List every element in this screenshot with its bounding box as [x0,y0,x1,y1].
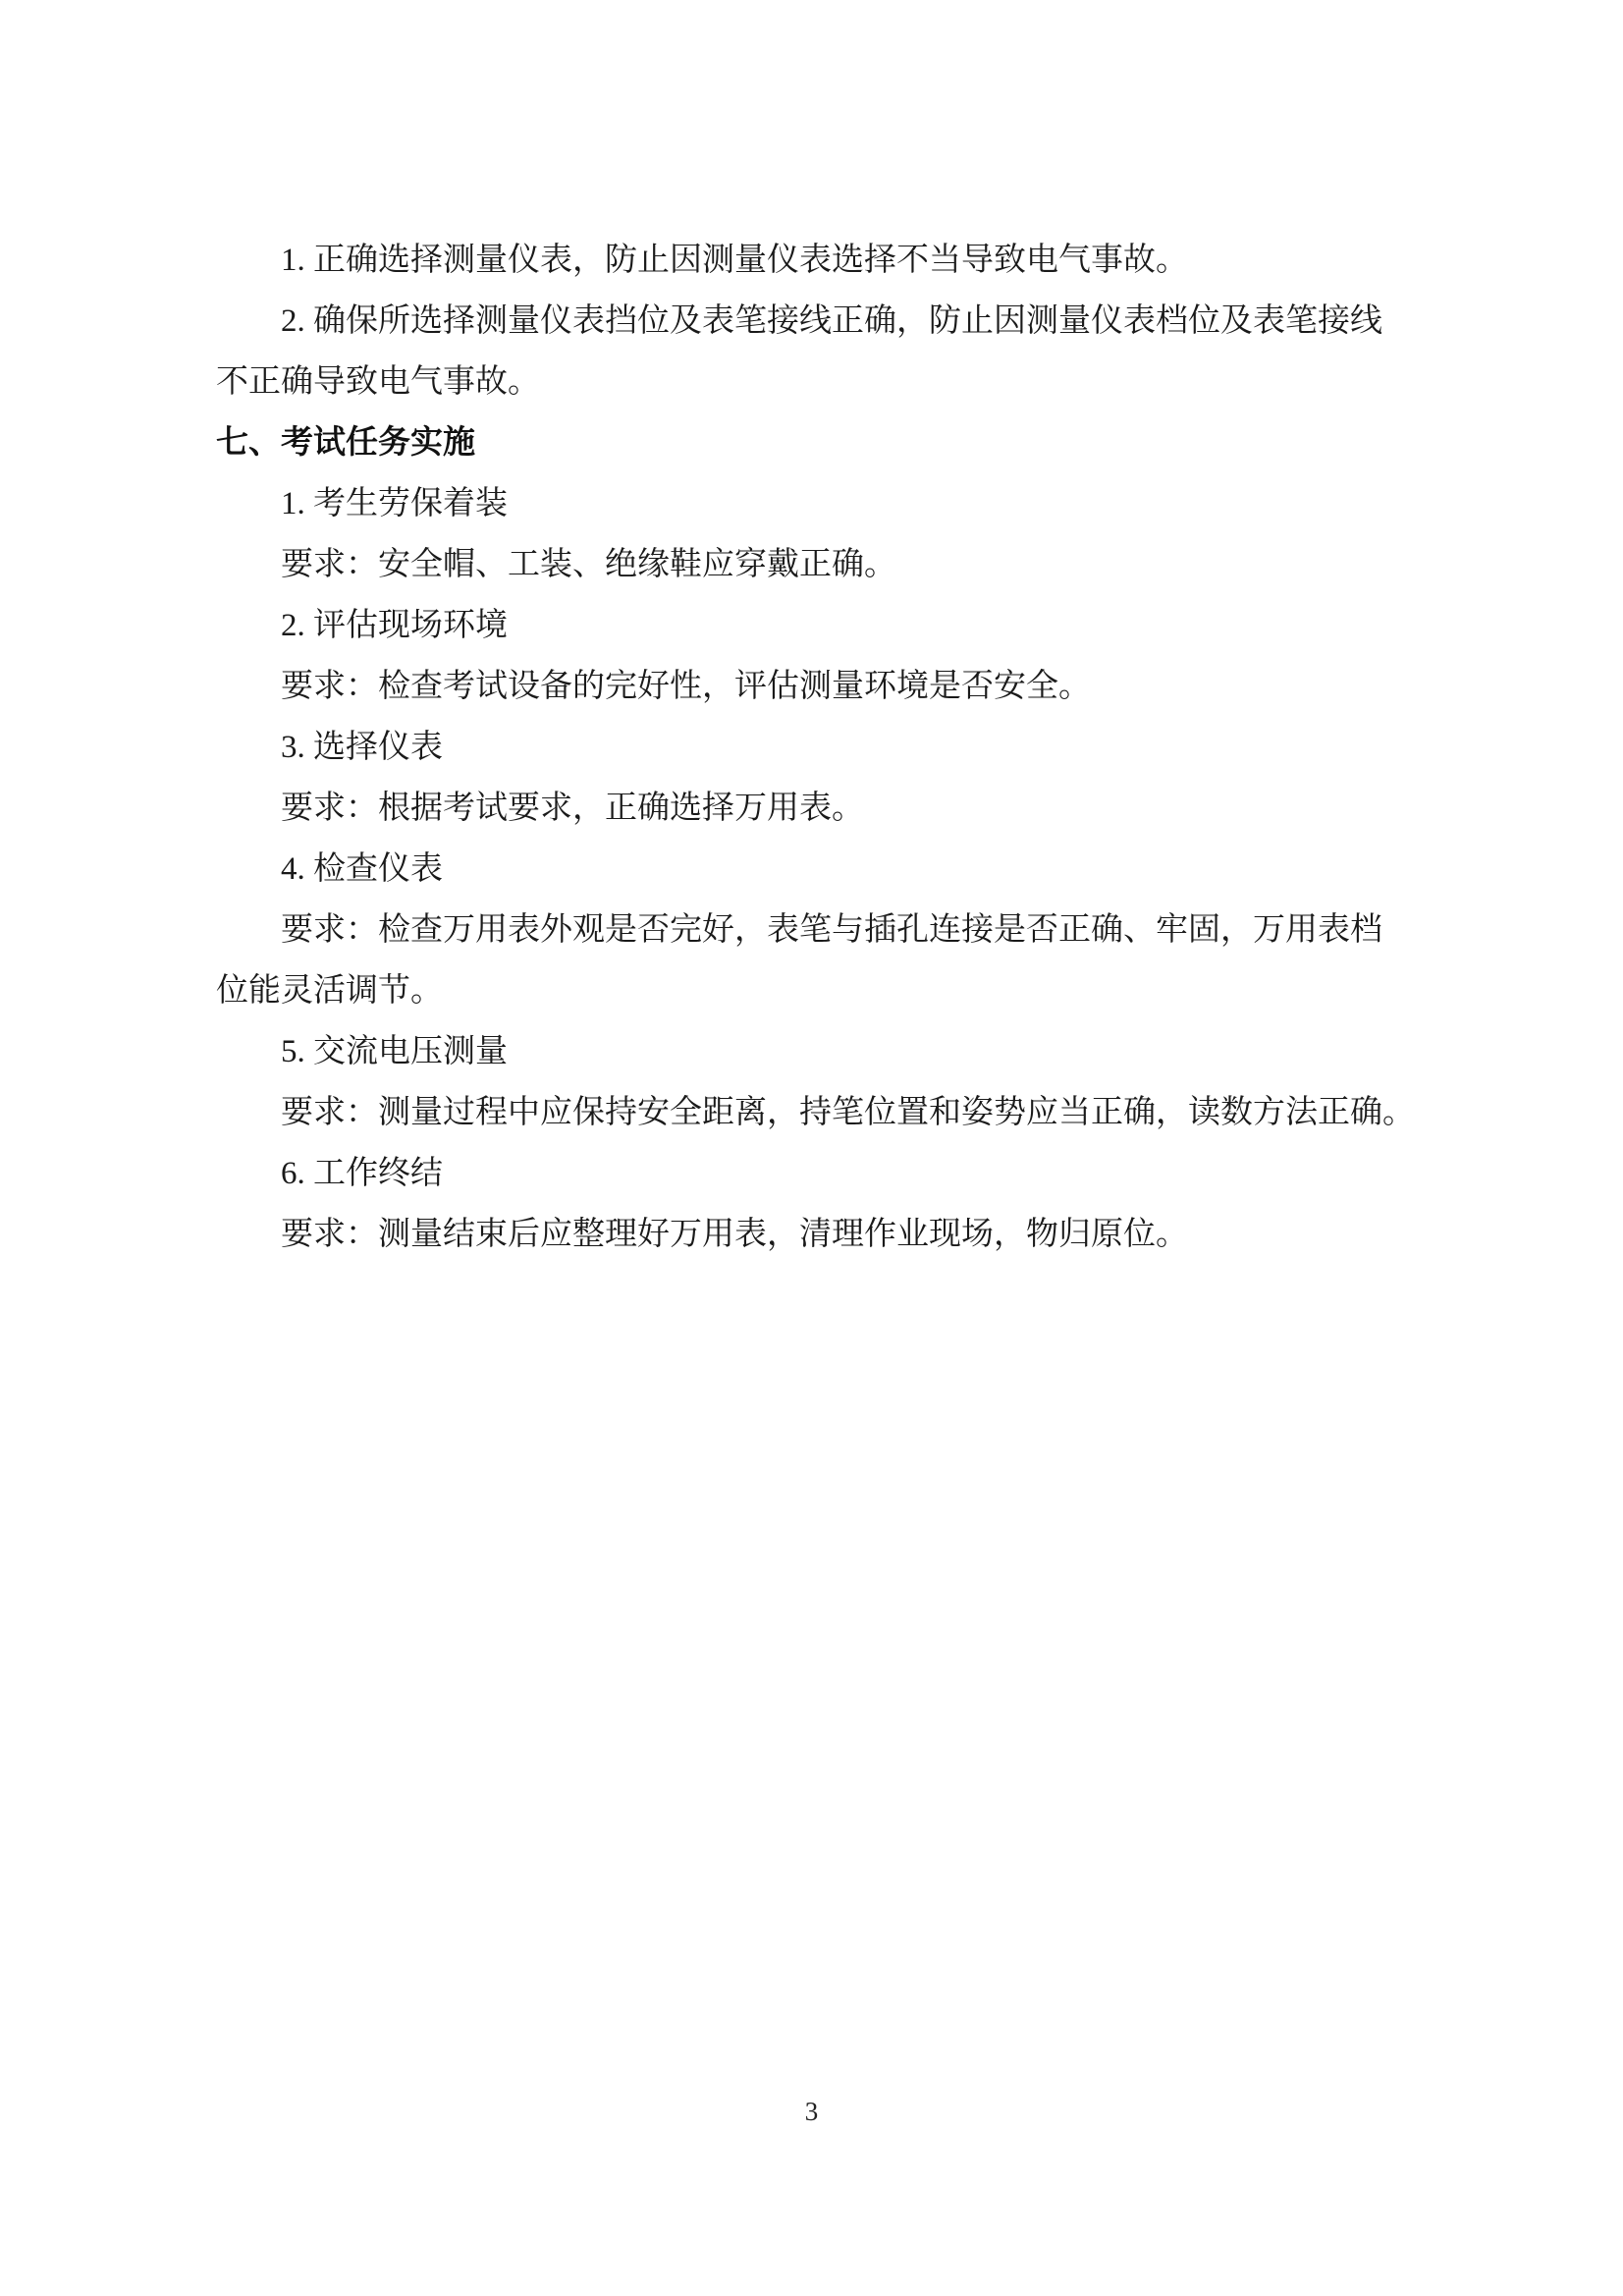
task-1-title: 1. 考生劳保着装 [216,473,1416,534]
task-4-title: 4. 检查仪表 [216,839,1416,900]
task-6-title: 6. 工作终结 [216,1143,1416,1204]
task-3-requirement: 要求：根据考试要求，正确选择万用表。 [216,778,1416,839]
page-number: 3 [0,2094,1623,2129]
task-5-title: 5. 交流电压测量 [216,1021,1416,1082]
task-4-requirement: 要求：检查万用表外观是否完好，表笔与插孔连接是否正确、牢固，万用表档位能灵活调节… [216,900,1407,1021]
section-heading: 七、考试任务实施 [216,412,1416,473]
task-3-title: 3. 选择仪表 [216,717,1416,778]
task-6-requirement: 要求：测量结束后应整理好万用表，清理作业现场，物归原位。 [216,1204,1416,1265]
task-2-title: 2. 评估现场环境 [216,595,1416,656]
task-1-requirement: 要求：安全帽、工装、绝缘鞋应穿戴正确。 [216,534,1416,595]
task-5-requirement: 要求：测量过程中应保持安全距离，持笔位置和姿势应当正确，读数方法正确。 [216,1082,1416,1143]
document-page: 1. 正确选择测量仪表，防止因测量仪表选择不当导致电气事故。 2. 确保所选择测… [0,0,1623,2296]
page-content: 1. 正确选择测量仪表，防止因测量仪表选择不当导致电气事故。 2. 确保所选择测… [216,230,1416,1265]
intro-paragraph-1: 1. 正确选择测量仪表，防止因测量仪表选择不当导致电气事故。 [216,230,1407,291]
task-2-requirement: 要求：检查考试设备的完好性，评估测量环境是否安全。 [216,656,1416,717]
intro-paragraph-2: 2. 确保所选择测量仪表挡位及表笔接线正确，防止因测量仪表档位及表笔接线不正确导… [216,291,1407,412]
